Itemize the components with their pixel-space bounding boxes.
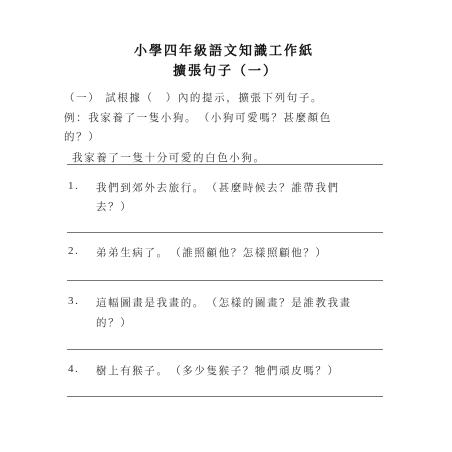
question-number-3: 3.: [68, 295, 79, 307]
answer-line-1[interactable]: [67, 232, 383, 233]
question-1-line-1: 我們到郊外去旅行。 （甚麼時候去？誰帶我們: [96, 180, 340, 195]
answer-line-3[interactable]: [67, 349, 383, 350]
question-3-line-2: 的？）: [96, 315, 132, 330]
question-2-line-1: 弟弟生病了。 （誰照顧他？怎樣照顧他？）: [96, 245, 328, 260]
page-title: 小學四年級語文知識工作紙: [134, 40, 314, 59]
example-answer: 我家養了一隻十分可愛的白色小狗。: [72, 150, 266, 165]
question-number-4: 4.: [68, 363, 79, 375]
question-4-line-1: 樹上有猴子。 （多少隻猴子？牠們頑皮嗎？）: [96, 363, 340, 378]
answer-line-4[interactable]: [67, 396, 383, 397]
answer-line-example: [67, 164, 383, 165]
question-1-line-2: 去？）: [96, 199, 132, 214]
example-line-1: 例：我家養了一隻小狗。 （小狗可愛嗎？甚麼顏色: [64, 110, 332, 125]
question-number-2: 2.: [68, 245, 79, 257]
example-line-2: 的？）: [64, 129, 100, 144]
question-number-1: 1.: [68, 180, 79, 192]
question-3-line-1: 這幅圖畫是我畫的。 （怎樣的圖畫？是誰教我畫: [96, 295, 352, 310]
answer-line-2[interactable]: [67, 280, 383, 281]
instruction-text: （一） 試根據（ ）內的提示，擴張下列句子。: [64, 90, 323, 105]
page-subtitle: 擴張句子（一）: [173, 60, 278, 79]
